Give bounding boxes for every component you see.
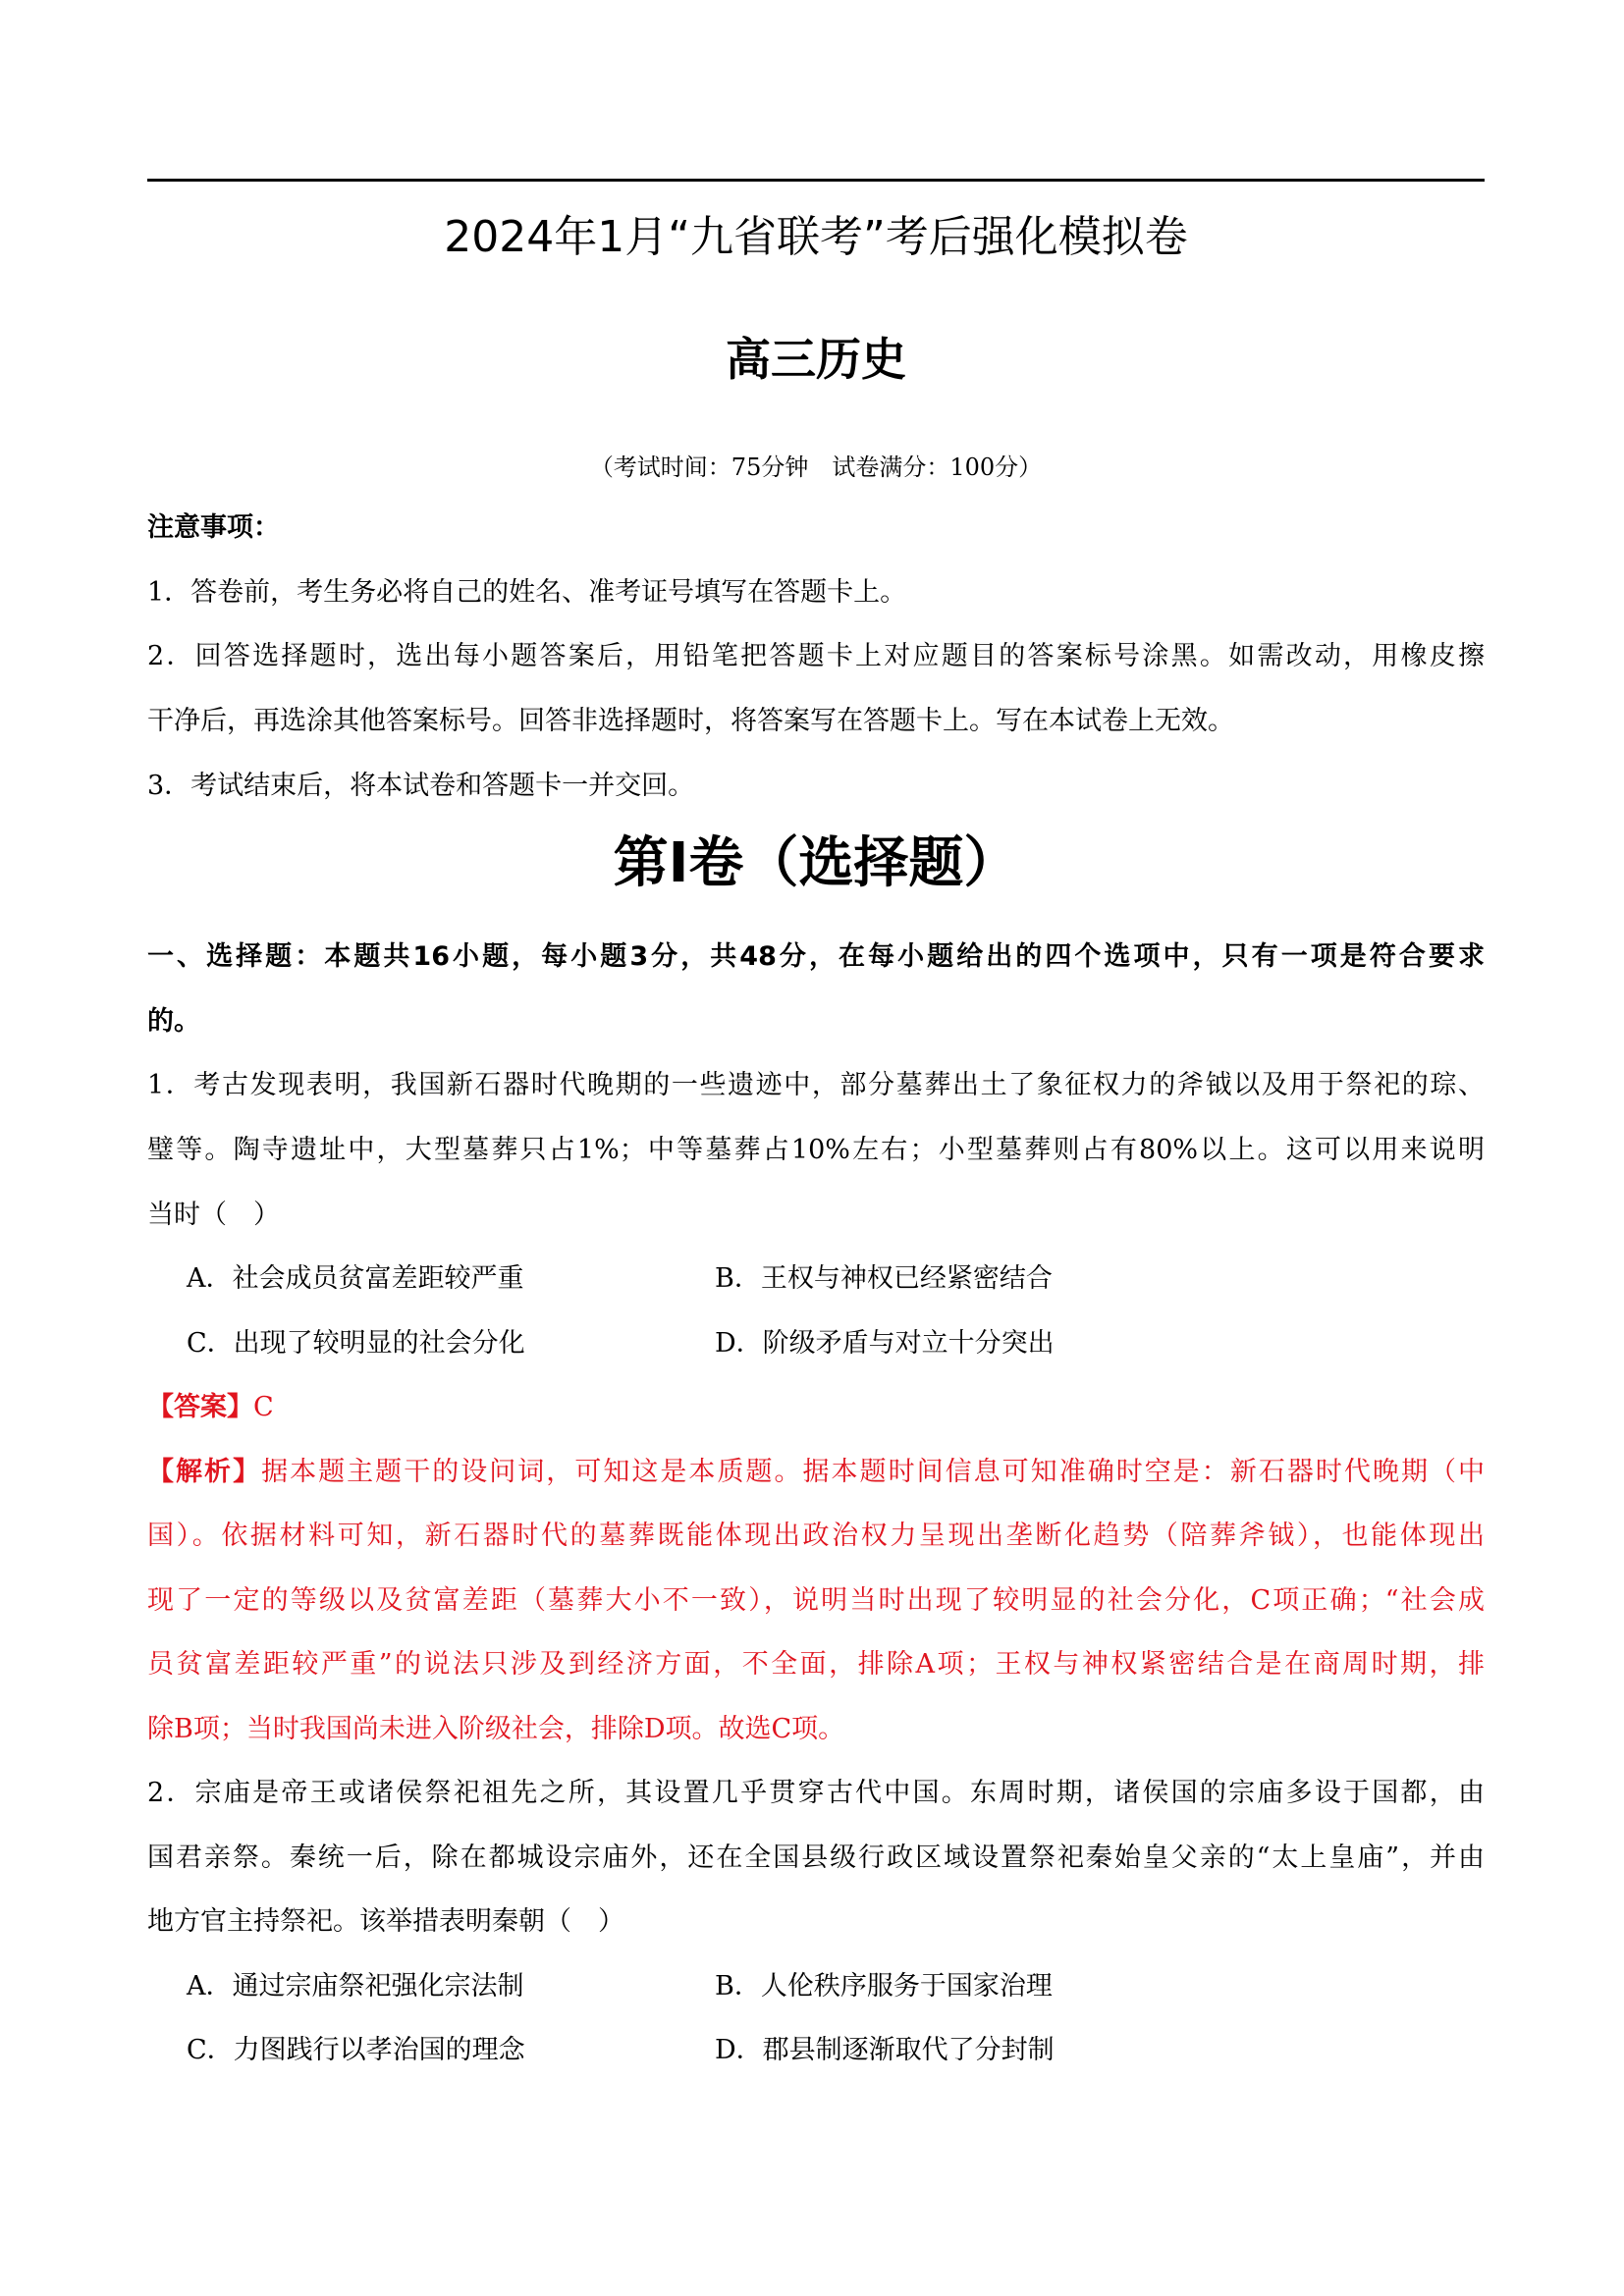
analysis-line: 现了一定的等级以及贫富差距（墓葬大小不一致），说明当时出现了较明显的社会分化，C… [147, 1581, 1485, 1621]
exam-info: （考试时间：75分钟 试卷满分：100分） [147, 450, 1485, 485]
analysis-line: 【解析】据本题主题干的设问词，可知这是本质题。据本题时间信息可知准确时空是：新石… [147, 1453, 1485, 1492]
header-rule [147, 179, 1485, 182]
question-stem: 璧等。陶寺遗址中，大型墓葬只占1%；中等墓葬占10%左右；小型墓葬则占有80%以… [147, 1131, 1485, 1170]
option-a: A．通过宗庙祭祀强化宗法制 [187, 1967, 524, 2006]
notice-item-2: 2．回答选择题时，选出每小题答案后，用铅笔把答题卡上对应题目的答案标号涂黑。如需… [147, 637, 1485, 676]
analysis-line: 国）。依据材料可知，新石器时代的墓葬既能体现出政治权力呈现出垄断化趋势（陪葬斧钺… [147, 1517, 1485, 1556]
option-a: A．社会成员贫富差距较严重 [187, 1259, 524, 1299]
question-stem: 1．考古发现表明，我国新石器时代晚期的一些遗迹中，部分墓葬出土了象征权力的斧钺以… [147, 1066, 1485, 1105]
section-title: 第I卷（选择题） [147, 827, 1485, 901]
exam-title: 2024年1月“九省联考”考后强化模拟卷 [147, 208, 1485, 267]
notice-item-3: 3．考试结束后，将本试卷和答题卡一并交回。 [147, 767, 694, 806]
analysis-label: 【解析】 [147, 1457, 261, 1487]
answer-line: 【答案】C [147, 1388, 274, 1427]
question-stem: 当时（ ） [147, 1196, 280, 1235]
notice-item-2-cont: 干净后，再选涂其他答案标号。回答非选择题时，将答案写在答题卡上。写在本试卷上无效… [147, 702, 1234, 741]
question-stem: 国君亲祭。秦统一后，除在都城设宗庙外，还在全国县级行政区域设置祭祀秦始皇父亲的“… [147, 1839, 1485, 1878]
answer-value: C [253, 1392, 274, 1422]
option-d: D．郡县制逐渐取代了分封制 [715, 2031, 1055, 2070]
option-c: C．力图践行以孝治国的理念 [187, 2031, 525, 2070]
analysis-text: 据本题主题干的设问词，可知这是本质题。据本题时间信息可知准确时空是：新石器时代晚… [261, 1457, 1485, 1487]
subject-title: 高三历史 [147, 330, 1485, 389]
section-instructions-cont: 的。 [147, 1002, 200, 1041]
section-instructions: 一、选择题：本题共16小题，每小题3分，共48分，在每小题给出的四个选项中，只有… [147, 937, 1485, 977]
analysis-line: 除B项；当时我国尚未进入阶级社会，排除D项。故选C项。 [147, 1710, 844, 1749]
option-b: B．人伦秩序服务于国家治理 [715, 1967, 1053, 2006]
option-c: C．出现了较明显的社会分化 [187, 1324, 525, 1363]
analysis-line: 员贫富差距较严重”的说法只涉及到经济方面，不全面，排除A项；王权与神权紧密结合是… [147, 1645, 1485, 1684]
notice-heading: 注意事项： [147, 508, 280, 548]
notice-item-1: 1．答卷前，考生务必将自己的姓名、准考证号填写在答题卡上。 [147, 573, 906, 613]
option-b: B．王权与神权已经紧密结合 [715, 1259, 1053, 1299]
question-stem: 2．宗庙是帝王或诸侯祭祀祖先之所，其设置几乎贯穿古代中国。东周时期，诸侯国的宗庙… [147, 1774, 1485, 1813]
option-d: D．阶级矛盾与对立十分突出 [715, 1324, 1055, 1363]
answer-label: 【答案】 [147, 1392, 253, 1422]
question-stem: 地方官主持祭祀。该举措表明秦朝（ ） [147, 1902, 624, 1942]
